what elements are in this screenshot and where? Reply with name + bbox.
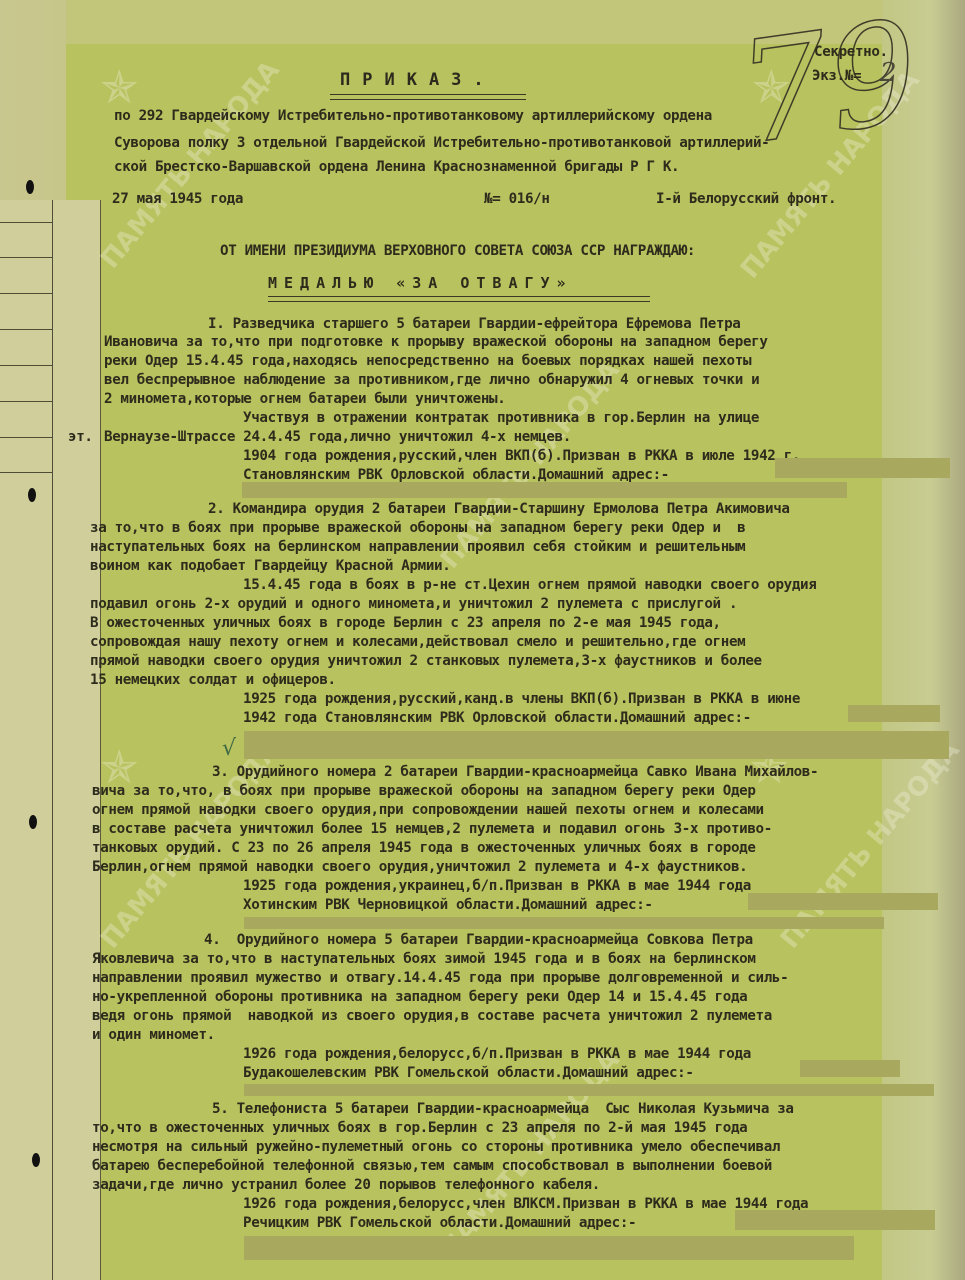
medal-underline — [268, 296, 650, 302]
award-2-line: 2. Командира орудия 2 батареи Гвардии-Ст… — [208, 501, 790, 517]
award-2-line: 1942 года Становлянским РВК Орловской об… — [243, 710, 751, 726]
document-title: ПРИКАЗ. — [340, 70, 496, 90]
award-2-line: сопровождая нашу пехоту огнем и колесами… — [90, 634, 745, 650]
order-date: 27 мая 1945 года — [112, 191, 243, 207]
award-2-line: воином как подобает Гвардейцу Красной Ар… — [90, 558, 450, 574]
redaction-bar — [748, 893, 938, 910]
award-3-line: 3. Орудийного номера 2 батареи Гвардии-к… — [212, 764, 818, 780]
medal-name: МЕДАЛЬЮ «ЗА ОТВАГУ» — [268, 274, 573, 292]
award-3-line: огнем прямой наводки своего орудия,при с… — [92, 802, 764, 818]
award-2-line: прямой наводки своего орудия уничтожил 2… — [90, 653, 762, 669]
award-3-line: в составе расчета уничтожил более 15 нем… — [92, 821, 772, 837]
copy-label: Экз.№= — [812, 68, 861, 84]
award-3-line: 1925 года рождения,украинец,б/п.Призван … — [243, 878, 751, 894]
redaction-bar — [800, 1060, 900, 1077]
award-1-line: реки Одер 15.4.45 года,находясь непосред… — [104, 353, 751, 369]
redaction-bar — [848, 705, 940, 722]
redaction-bar — [735, 1210, 935, 1230]
award-1-line: 1904 года рождения,русский,член ВКП(б).П… — [243, 448, 800, 464]
secrecy-stamp: Секретно. — [814, 44, 888, 60]
award-1-line: I. Разведчика старшего 5 батареи Гвардии… — [208, 316, 740, 332]
award-4-line: Яковлевича за то,что в наступательных бо… — [92, 951, 756, 967]
handwritten-copy-number: 2 — [880, 58, 897, 88]
award-1-line: вел беспрерывное наблюдение за противник… — [104, 372, 759, 388]
header-line: ской Брестско-Варшавской ордена Ленина К… — [114, 159, 679, 175]
award-2-line: подавил огонь 2-х орудий и одного миноме… — [90, 596, 737, 612]
award-3-line: танковых орудий. С 23 по 26 апреля 1945 … — [92, 840, 756, 856]
award-5-line: то,что в ожесточенных уличных боях в гор… — [92, 1120, 747, 1136]
award-5-line: несмотря на сильный ружейно-пулеметный о… — [92, 1139, 780, 1155]
margin-note: эт. — [68, 429, 93, 445]
award-4-line: и один миномет. — [92, 1027, 215, 1043]
award-2-line: 1925 года рождения,русский,канд.в члены … — [243, 691, 800, 707]
award-3-line: вича за то,что, в боях при прорыве враже… — [92, 783, 756, 799]
front-name: I-й Белорусский фронт. — [656, 191, 836, 207]
award-5-line: 5. Телефониста 5 батареи Гвардии-красноа… — [212, 1101, 794, 1117]
redaction-bar — [775, 458, 950, 478]
award-1-line: Участвуя в отражении контратак противник… — [243, 410, 759, 426]
checkmark-icon: √ — [222, 736, 236, 761]
award-1-line: Вернаузе-Штрассе 24.4.45 года,лично унич… — [104, 429, 571, 445]
award-2-line: В ожесточенных уличных боях в городе Бер… — [90, 615, 721, 631]
award-2-line: наступательных боях на берлинском направ… — [90, 539, 745, 555]
award-4-line: ведя огонь прямой наводкой из своего ору… — [92, 1008, 772, 1024]
redaction-bar — [244, 1236, 854, 1260]
proclamation: ОТ ИМЕНИ ПРЕЗИДИУМА ВЕРХОВНОГО СОВЕТА СО… — [220, 243, 695, 259]
award-2-line: за то,что в боях при прорыве вражеской о… — [90, 520, 745, 536]
award-2-line: 15 немецких солдат и офицеров. — [90, 672, 336, 688]
award-1-line: Становлянским РВК Орловской области.Дома… — [243, 467, 669, 483]
award-4-line: 4. Орудийного номера 5 батареи Гвардии-к… — [204, 932, 753, 948]
award-3-line: Берлин,огнем прямой наводки своего оруди… — [92, 859, 747, 875]
redaction-bar — [242, 482, 847, 498]
award-4-line: но-укрепленной обороны противника на зап… — [92, 989, 747, 1005]
redaction-bar — [244, 1084, 934, 1096]
redaction-bar — [244, 917, 884, 929]
award-5-line: задачи,где лично устранил более 20 порыв… — [92, 1177, 600, 1193]
header-line: по 292 Гвардейскому Истребительно-против… — [114, 108, 712, 124]
award-3-line: Хотинским РВК Черновицкой области.Домашн… — [243, 897, 653, 913]
award-1-line: 2 миномета,которые огнем батареи были ун… — [104, 391, 505, 407]
award-5-line: Речицким РВК Гомельской области.Домашний… — [243, 1215, 636, 1231]
award-4-line: 1926 года рождения,белорусс,б/п.Призван … — [243, 1046, 751, 1062]
header-line: Суворова полку 3 отдельной Гвардейской И… — [114, 135, 769, 151]
award-5-line: батарею бесперебойной телефонной связью,… — [92, 1158, 772, 1174]
title-underline — [330, 94, 526, 100]
award-5-line: 1926 года рождения,белорусс,член ВЛКСМ.П… — [243, 1196, 808, 1212]
award-1-line: Ивановича за то,что при подготовке к про… — [104, 334, 768, 350]
award-4-line: направлении проявил мужество и отвагу.14… — [92, 970, 788, 986]
redaction-bar — [244, 731, 949, 759]
order-number: №= 016/н — [484, 191, 550, 207]
order-document: 79 Секретно. Экз.№= 2 ПРИКАЗ. по 292 Гва… — [0, 0, 965, 1280]
award-2-line: 15.4.45 года в боях в р-не ст.Цехин огне… — [243, 577, 816, 593]
award-4-line: Будакошелевским РВК Гомельской области.Д… — [243, 1065, 694, 1081]
